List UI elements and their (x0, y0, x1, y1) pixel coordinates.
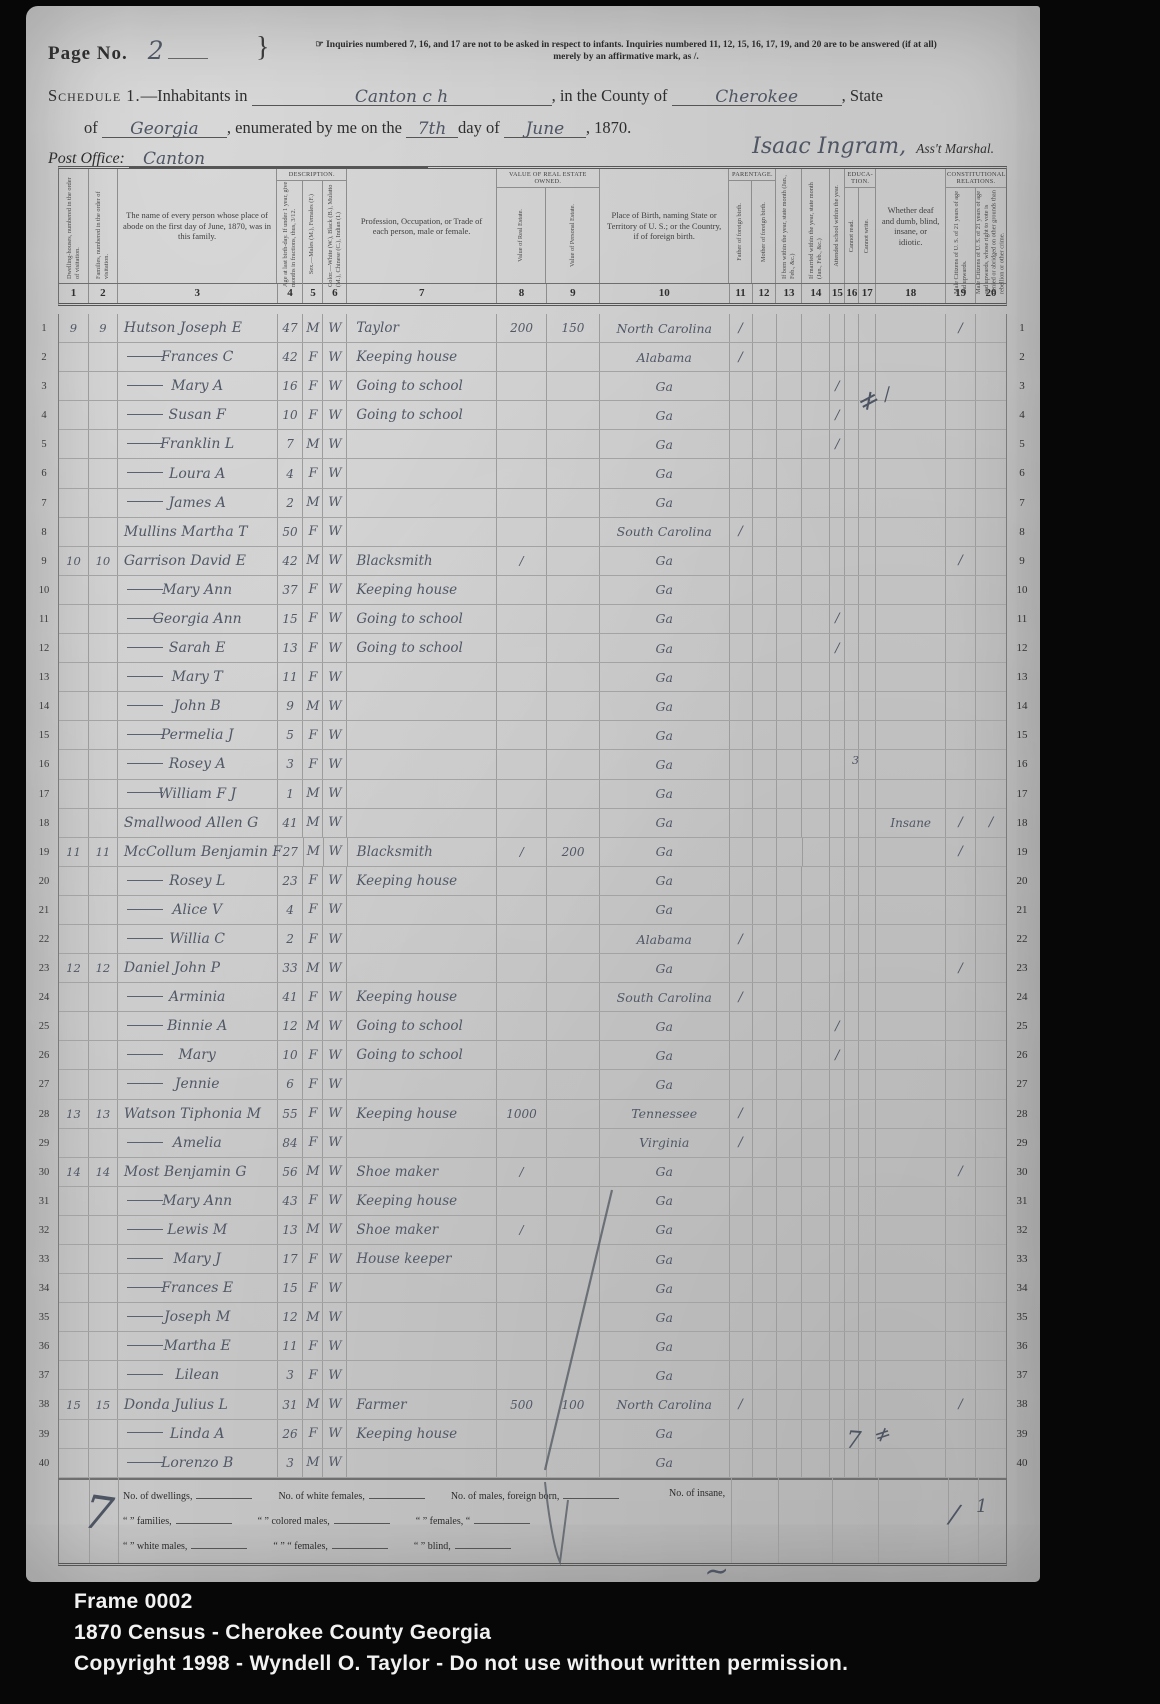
header-col-2: Families, numbered in the order of visit… (89, 169, 118, 283)
row-number: 27 (1012, 1070, 1032, 1099)
cell-col: W (323, 1361, 347, 1389)
cell-value: / (520, 845, 524, 859)
cell-value: Ga (656, 757, 673, 772)
cell-pe (547, 1216, 600, 1244)
cell-value: M (306, 1455, 319, 1470)
summary-blank (196, 1486, 252, 1499)
cell-pe (547, 372, 600, 400)
cell-m12 (753, 692, 777, 720)
cell-s15 (830, 983, 845, 1011)
row-number: 29 (1012, 1129, 1032, 1158)
cell-bp: Ga (600, 605, 730, 633)
cell-r16 (845, 401, 859, 429)
summary-label: No. of white females, (278, 1491, 364, 1502)
cell-fam (89, 518, 118, 546)
cell-occ: Keeping house (347, 343, 497, 371)
cell-value: 15 (96, 1398, 111, 1412)
ditto-dash (127, 1462, 163, 1463)
cell-bp: Ga (600, 1449, 730, 1477)
cell-age: 11 (278, 1332, 304, 1360)
cell-m12 (753, 867, 777, 895)
cell-re (497, 809, 547, 837)
month-value: June (525, 119, 564, 139)
header-col-5-text: Sex.—Males (M.), Females (F.) (308, 194, 316, 274)
cell-occ (347, 1129, 497, 1157)
cell-re (497, 372, 547, 400)
cell-dw (59, 634, 89, 662)
cell-age: 2 (278, 925, 304, 953)
cell-value: Keeping house (356, 582, 457, 598)
cell-value: 13 (282, 1223, 297, 1237)
cell-bp: Ga (600, 459, 730, 487)
cell-re (497, 896, 547, 924)
cell-value: 23 (282, 874, 297, 888)
row-number: 31 (1012, 1187, 1032, 1216)
cell-f11 (730, 721, 753, 749)
cell-b13 (777, 430, 803, 458)
page-number-blank (168, 44, 208, 59)
cell-dw: 11 (59, 838, 89, 866)
marshal-title: Ass't Marshal. (916, 141, 994, 156)
cell-s15 (830, 721, 845, 749)
cell-sex: F (303, 576, 323, 604)
cell-r18 (876, 750, 946, 778)
table-row: Rosey A3FWGa (59, 750, 1006, 779)
cell-w17 (859, 925, 876, 953)
row-number: 18 (1012, 809, 1032, 838)
table-row: John B9MWGa (59, 692, 1006, 721)
cell-fam (89, 1216, 118, 1244)
cell-dw (59, 867, 89, 895)
cell-m12 (753, 1012, 777, 1040)
row-number: 27 (34, 1070, 54, 1099)
cell-dw (59, 459, 89, 487)
cell-re (497, 983, 547, 1011)
cell-bp: Ga (600, 867, 730, 895)
cell-re (497, 1303, 547, 1331)
row-number: 9 (34, 547, 54, 576)
cell-value: 12 (66, 961, 81, 975)
cell-s15 (830, 1216, 845, 1244)
cell-value: W (328, 379, 341, 394)
cell-m12 (753, 1361, 777, 1389)
table-row: Mary10FWGoing to schoolGa/ (59, 1041, 1006, 1070)
cell-fam (89, 1129, 118, 1157)
cell-r18 (876, 1332, 946, 1360)
cell-value: 10 (282, 408, 297, 422)
cell-name: Rosey L (118, 867, 278, 895)
cell-bp: Ga (600, 663, 730, 691)
cell-value: F (308, 902, 317, 917)
cell-col: W (323, 983, 347, 1011)
cell-name: Jennie (118, 1070, 278, 1098)
cell-age: 50 (278, 518, 304, 546)
table-row: Joseph M12MWGa (59, 1303, 1006, 1332)
cell-value: W (328, 408, 341, 423)
cell-b13 (777, 489, 803, 517)
cell-value: / (835, 1019, 839, 1034)
cell-s15 (830, 1245, 845, 1273)
cell-r18 (876, 692, 946, 720)
cell-m14 (802, 1390, 830, 1418)
cell-m12 (753, 925, 777, 953)
cell-value: Ga (656, 466, 673, 481)
table-row: Mullins Martha T50FWSouth Carolina/ (59, 518, 1006, 547)
cell-value: 150 (561, 321, 584, 335)
cell-m14 (802, 896, 830, 924)
cell-c19: / (946, 954, 976, 982)
cell-f11 (730, 780, 753, 808)
row-number: 24 (34, 983, 54, 1012)
cell-value: Virginia (639, 1135, 689, 1150)
summary-label: “ ” blind, (414, 1541, 451, 1552)
cell-value: W (328, 1252, 341, 1267)
cell-value: F (308, 1339, 317, 1354)
ditto-dash (127, 1287, 163, 1288)
cell-m12 (753, 1449, 777, 1477)
cell-r18 (876, 838, 946, 866)
month-blank: June (504, 119, 586, 138)
cell-m14 (802, 401, 830, 429)
cell-c20 (976, 576, 1006, 604)
cell-c19 (946, 343, 976, 371)
cell-bp: Tennessee (600, 1100, 730, 1128)
cell-b13 (777, 634, 803, 662)
ditto-dash (127, 589, 163, 590)
cell-pe (547, 721, 600, 749)
cell-sex: F (303, 750, 323, 778)
cell-value: W (328, 1135, 341, 1150)
cell-re: 500 (497, 1390, 547, 1418)
cell-f11: / (730, 983, 753, 1011)
cell-f11: / (730, 518, 753, 546)
cell-sex: M (303, 1449, 323, 1477)
summary-label: “ ” females, “ (416, 1516, 470, 1527)
cell-m14 (802, 1420, 830, 1448)
cell-m12 (753, 809, 777, 837)
cell-s15 (830, 343, 845, 371)
cell-b13 (777, 750, 803, 778)
cell-w17 (859, 1216, 876, 1244)
cell-occ (347, 925, 497, 953)
cell-pe (547, 1449, 600, 1477)
row-number: 38 (1012, 1390, 1032, 1419)
cell-occ (347, 750, 497, 778)
cell-col: W (323, 692, 347, 720)
cell-value: 50 (282, 525, 297, 539)
summary-line: “ ” families,“ ” colored males,“ ” femal… (59, 1509, 1006, 1534)
cell-fam (89, 1012, 118, 1040)
cell-m14 (802, 983, 830, 1011)
cell-c19 (946, 1274, 976, 1302)
cell-value: 12 (282, 1310, 297, 1324)
row-number: 20 (1012, 867, 1032, 896)
cell-w17 (859, 1070, 876, 1098)
cell-b13 (777, 372, 803, 400)
cell-name: Lilean (118, 1361, 278, 1389)
summary-divider (832, 1478, 833, 1563)
row-number: 17 (1012, 780, 1032, 809)
cell-value: W (328, 786, 341, 801)
cell-value: W (328, 1106, 341, 1121)
cell-value: W (328, 815, 341, 830)
cell-col: W (323, 721, 347, 749)
cell-name: Susan F (118, 401, 278, 429)
person-name: Smallwood Allen G (118, 815, 277, 831)
row-number: 24 (1012, 983, 1032, 1012)
cell-value: 1000 (506, 1107, 537, 1121)
cell-col: W (323, 1187, 347, 1215)
table-row: Permelia J5FWGa (59, 721, 1006, 750)
cell-pe (547, 954, 600, 982)
cell-r16 (845, 721, 859, 749)
cell-r16 (845, 1420, 859, 1448)
row-number: 17 (34, 780, 54, 809)
cell-w17 (859, 1361, 876, 1389)
cell-w17 (859, 1100, 876, 1128)
cell-bp: Ga (600, 1187, 730, 1215)
person-name: Frances E (118, 1280, 277, 1296)
cell-f11 (730, 576, 753, 604)
cell-r18 (876, 780, 946, 808)
row-number: 26 (34, 1041, 54, 1070)
column-number: 16 (845, 284, 859, 303)
ditto-dash (127, 1229, 163, 1230)
table-row: William F J1MWGa (59, 780, 1006, 809)
cell-r18 (876, 1041, 946, 1069)
table-row: Mary A16FWGoing to schoolGa/ (59, 372, 1006, 401)
ditto-dash (127, 647, 163, 648)
cell-value: M (306, 495, 319, 510)
cell-value: Ga (656, 728, 673, 743)
cell-r16 (845, 372, 859, 400)
cell-fam (89, 1274, 118, 1302)
cell-f11 (730, 1012, 753, 1040)
row-number: 28 (34, 1100, 54, 1129)
cell-r16 (845, 663, 859, 691)
cell-value: Ga (656, 699, 673, 714)
cell-dw (59, 1041, 89, 1069)
cell-sex: M (303, 547, 323, 575)
header-col-10-text: Place of Birth, naming State or Territor… (600, 210, 729, 242)
cell-fam (89, 809, 118, 837)
row-number: 11 (1012, 605, 1032, 634)
cell-c19 (946, 372, 976, 400)
summary-label: “ ” white males, (123, 1541, 187, 1552)
cell-dw (59, 1245, 89, 1273)
cell-value: / (520, 554, 524, 568)
cell-s15 (830, 750, 845, 778)
cell-value: Tennessee (631, 1106, 697, 1121)
cell-value: W (328, 902, 341, 917)
cell-r18 (876, 721, 946, 749)
cell-value: F (308, 466, 317, 481)
summary-divider (118, 1478, 119, 1563)
cell-f11 (730, 867, 753, 895)
cell-c19 (946, 750, 976, 778)
cell-w17 (859, 1420, 876, 1448)
cell-value: W (328, 1077, 341, 1092)
cell-f11 (730, 372, 753, 400)
cell-name: Hutson Joseph E (118, 314, 278, 342)
cell-c19 (946, 1216, 976, 1244)
cell-bp: Ga (600, 1041, 730, 1069)
cell-s15 (830, 1390, 845, 1418)
ditto-dash (127, 792, 163, 793)
row-number: 11 (34, 605, 54, 634)
cell-fam (89, 896, 118, 924)
cell-c20 (976, 721, 1006, 749)
cell-bp: Ga (600, 692, 730, 720)
cell-bp: Ga (600, 1361, 730, 1389)
person-name: Rosey L (118, 873, 277, 889)
cell-value: / (835, 408, 839, 423)
cell-c20 (976, 605, 1006, 633)
cell-s15 (830, 576, 845, 604)
cell-r18 (876, 1303, 946, 1331)
cell-name: Martha E (118, 1332, 278, 1360)
cell-w17 (859, 780, 876, 808)
cell-bp: Ga (600, 1303, 730, 1331)
cell-b13 (777, 1216, 803, 1244)
cell-s15 (830, 925, 845, 953)
cell-c19 (946, 663, 976, 691)
header-group-description: DESCRIPTION. Age at last birth-day. If u… (277, 169, 347, 283)
cell-r18 (876, 663, 946, 691)
cell-w17 (859, 634, 876, 662)
cell-age: 31 (278, 1390, 304, 1418)
cell-sex: F (303, 1070, 323, 1098)
ditto-dash (127, 1432, 163, 1433)
column-number: 18 (876, 284, 946, 303)
cell-w17 (859, 721, 876, 749)
cell-value: M (307, 844, 320, 859)
cell-c20 (976, 838, 1006, 866)
person-name: Donda Julius L (118, 1397, 277, 1413)
row-number: 19 (1012, 838, 1032, 867)
person-name: Alice V (118, 902, 277, 918)
cell-m12 (753, 518, 777, 546)
cell-pe (547, 518, 600, 546)
row-number: 13 (1012, 663, 1032, 692)
cell-value: 31 (282, 1398, 297, 1412)
cell-b13 (777, 1361, 803, 1389)
cell-name: Arminia (118, 983, 278, 1011)
cell-value: Ga (656, 815, 673, 830)
cell-m12 (753, 1245, 777, 1273)
header-col-9-text: Value of Personal Estate. (569, 204, 577, 267)
cell-value: / (958, 1164, 962, 1179)
cell-value: M (306, 553, 319, 568)
person-name: Rosey A (118, 756, 277, 772)
cell-col: W (323, 750, 347, 778)
cell-c19 (946, 518, 976, 546)
cell-s15 (830, 896, 845, 924)
cell-f11 (730, 1303, 753, 1331)
person-name: Frances C (118, 349, 277, 365)
cell-c20 (976, 518, 1006, 546)
row-number: 15 (34, 721, 54, 750)
cell-value: Ga (656, 902, 673, 917)
cell-value: / (835, 611, 839, 626)
cell-c20 (976, 547, 1006, 575)
cell-c19 (946, 1187, 976, 1215)
cell-b13 (777, 401, 803, 429)
cell-value: / (738, 524, 742, 539)
cell-sex: F (303, 1187, 323, 1215)
cell-value: F (308, 524, 317, 539)
cell-r18 (876, 430, 946, 458)
cell-occ: Farmer (347, 1390, 497, 1418)
person-name: Martha E (118, 1338, 277, 1354)
cell-r16 (845, 518, 859, 546)
cell-c19 (946, 1100, 976, 1128)
cell-m14 (802, 372, 830, 400)
cell-r18 (876, 1100, 946, 1128)
cell-m14 (802, 1187, 830, 1215)
cell-value: F (308, 728, 317, 743)
header-col-12: Mother of foreign birth. (752, 181, 775, 283)
row-number: 33 (34, 1245, 54, 1274)
cell-pe (547, 343, 600, 371)
cell-re (497, 1187, 547, 1215)
cell-occ: Blacksmith (348, 838, 498, 866)
cell-value: 11 (96, 845, 111, 859)
cell-re (497, 721, 547, 749)
cell-w17 (859, 692, 876, 720)
cell-b13 (777, 518, 803, 546)
cell-r16 (845, 1361, 859, 1389)
cell-occ: Keeping house (347, 867, 497, 895)
cell-value: Ga (656, 1193, 673, 1208)
table-row: 1414Most Benjamin G56MWShoe maker/Ga/ (59, 1158, 1006, 1187)
instruction-note: ☞ Inquiries numbered 7, 16, and 17 are n… (240, 40, 1012, 63)
person-name: Joseph M (118, 1309, 277, 1325)
schedule-text: —Inhabitants in (141, 86, 248, 105)
cell-w17 (859, 1187, 876, 1215)
cell-value: W (328, 1048, 341, 1063)
cell-value: W (328, 757, 341, 772)
cell-name: William F J (118, 780, 278, 808)
cell-value: F (308, 932, 317, 947)
cell-value: F (308, 670, 317, 685)
cell-dw: 14 (59, 1158, 89, 1186)
cell-c19: / (946, 547, 976, 575)
cell-w17 (859, 489, 876, 517)
cell-value: 4 (286, 903, 294, 917)
cell-s15 (830, 1332, 845, 1360)
cell-fam (89, 1361, 118, 1389)
census-table: Dwelling-houses, numbered in the order o… (58, 166, 1007, 1480)
cell-bp: Ga (600, 634, 730, 662)
cell-value: F (308, 873, 317, 888)
cell-dw (59, 925, 89, 953)
cell-re (497, 780, 547, 808)
cell-value: W (328, 350, 341, 365)
cell-age: 9 (278, 692, 304, 720)
cell-value: W (328, 553, 341, 568)
cell-col: W (323, 896, 347, 924)
header-col-2-text: Families, numbered in the order of visit… (95, 173, 111, 279)
cell-w17 (859, 750, 876, 778)
header-col-17: Cannot write. (859, 188, 875, 283)
cell-value: F (308, 1281, 317, 1296)
cell-c19 (946, 1041, 976, 1069)
person-name: Sarah E (118, 640, 277, 656)
table-row: Franklin L7MWGa/ (59, 430, 1006, 459)
enumerated-label: , enumerated by me on the (227, 118, 402, 137)
cell-r18 (876, 1361, 946, 1389)
